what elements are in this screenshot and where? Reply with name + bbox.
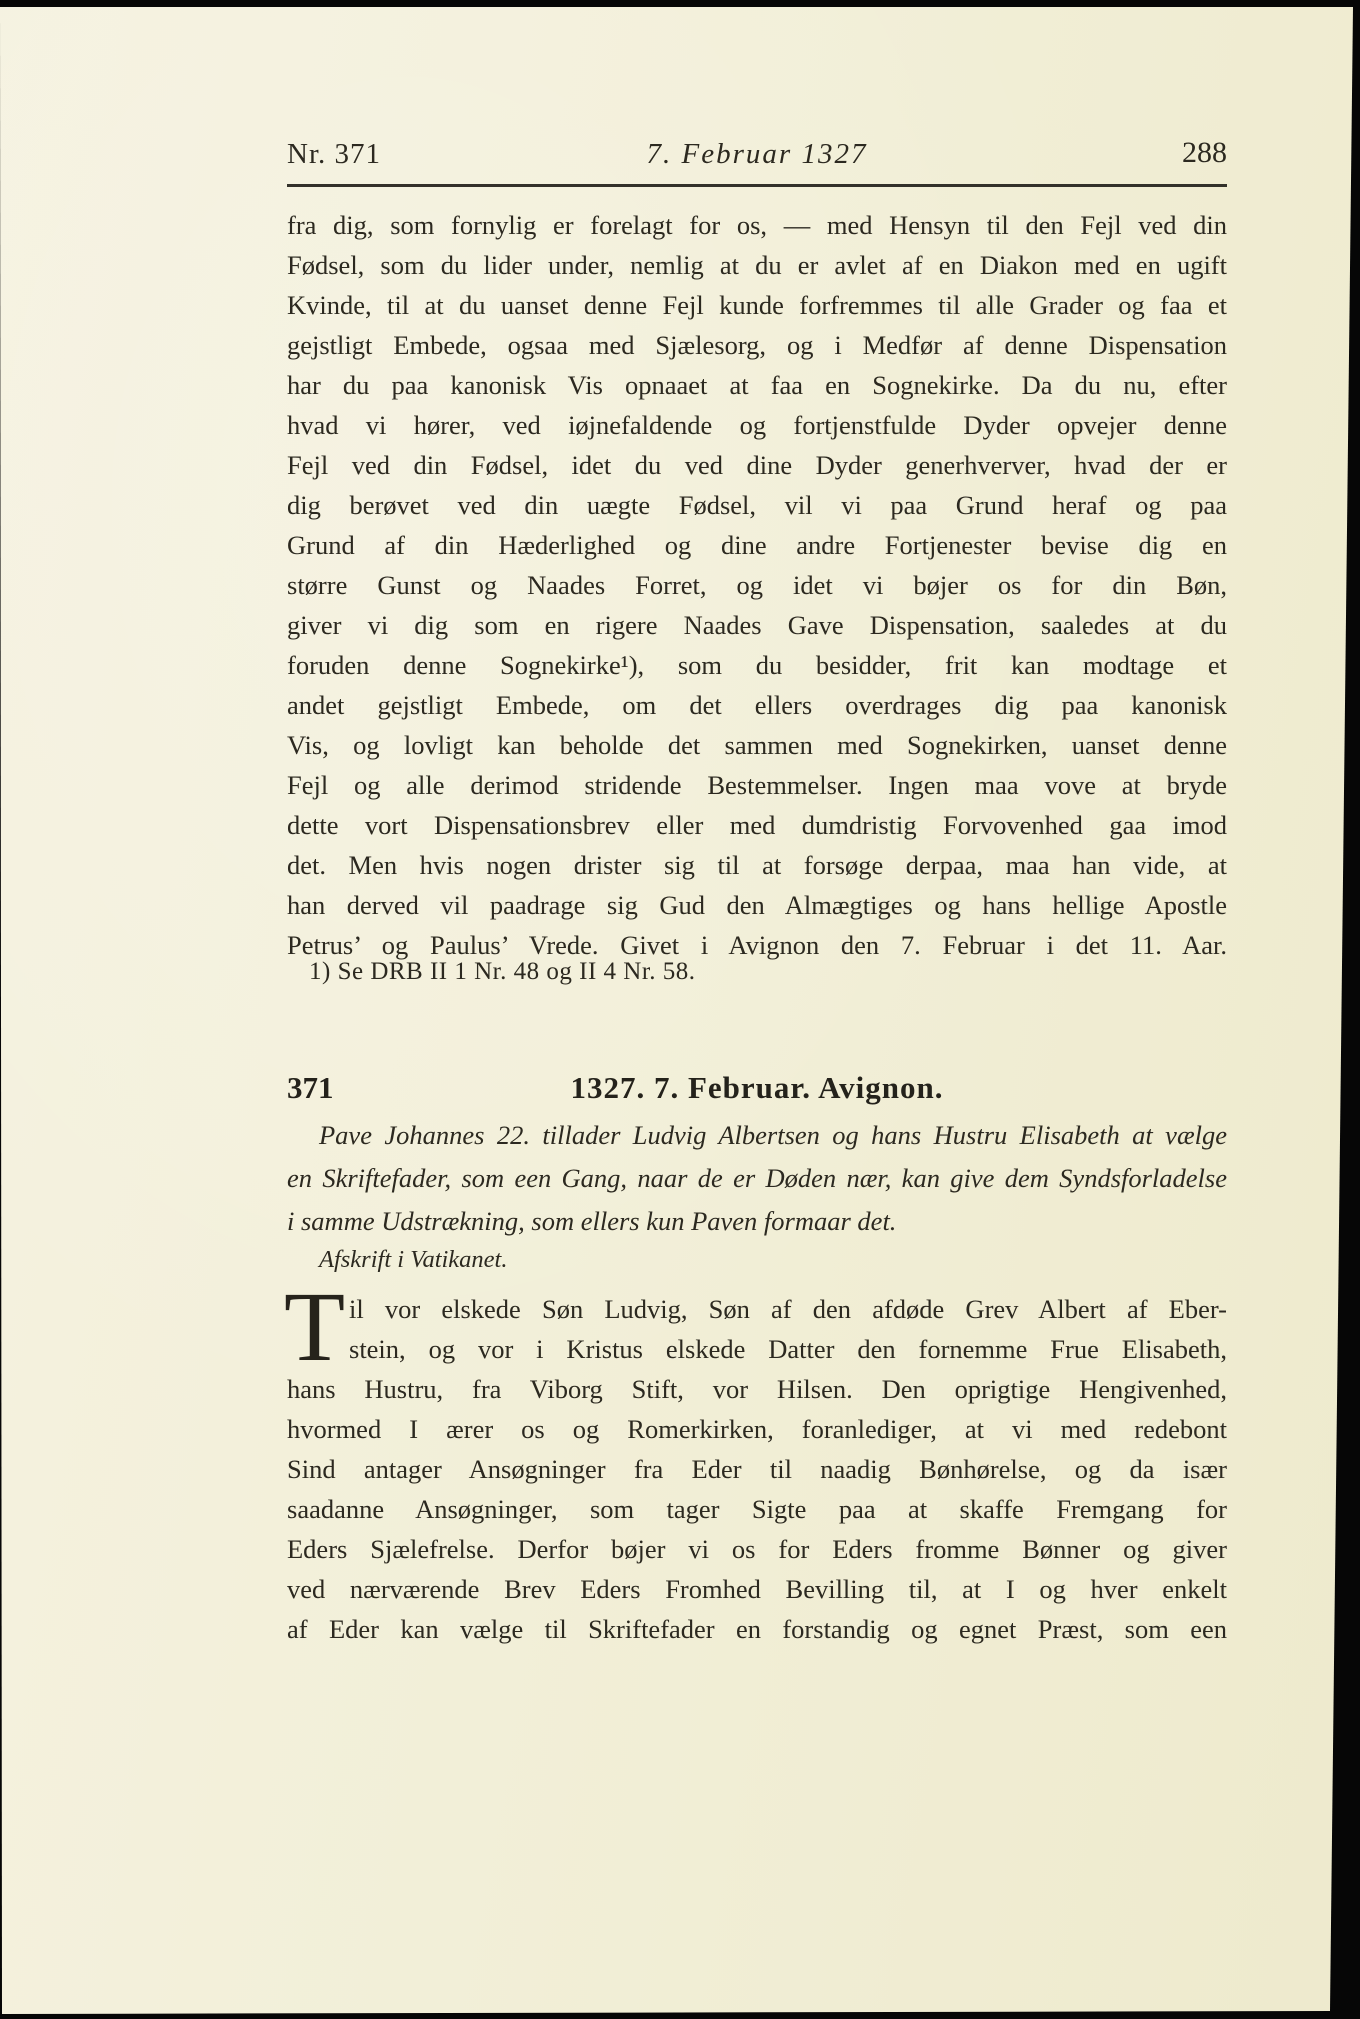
letter-continuation-text: fra dig, som fornylig er forelagt for os… <box>287 205 1227 965</box>
text-line: Vis, og lovligt kan beholde det sammen m… <box>287 725 1227 765</box>
text-line: Fødsel, som du lider under, nemlig at du… <box>287 245 1227 285</box>
text-line: Fejl og alle derimod stridende Bestemmel… <box>287 765 1227 805</box>
text-line: større Gunst og Naades Forret, og idet v… <box>287 565 1227 605</box>
header-date: 7. Februar 1327 <box>287 138 1227 171</box>
text-line: ved nærværende Brev Eders Fromhed Bevill… <box>287 1569 1227 1609</box>
drop-cap-initial: T <box>284 1277 345 1377</box>
page-header: Nr. 371 7. Februar 1327 288 <box>287 138 1227 178</box>
footnote: 1) Se DRB II 1 Nr. 48 og II 4 Nr. 58. <box>287 956 1249 988</box>
text-line: gejstligt Embede, ogsaa med Sjælesorg, o… <box>287 325 1227 365</box>
header-page-number: 288 <box>1182 136 1227 170</box>
text-line: hans Hustru, fra Viborg Stift, vor Hilse… <box>287 1369 1227 1409</box>
scanned-book-page: Nr. 371 7. Februar 1327 288 fra dig, som… <box>0 0 1360 2019</box>
entry-summary: Pave Johannes 22. tillader Ludvig Albert… <box>287 1114 1227 1243</box>
text-line: Kvinde, til at du uanset denne Fejl kund… <box>287 285 1227 325</box>
text-line: giver vi dig som en rigere Naades Gave D… <box>287 605 1227 645</box>
text-line: hvad vi hører, ved iøjnefaldende og fort… <box>287 405 1227 445</box>
entry-heading: 1327. 7. Februar. Avignon. <box>287 1070 1227 1106</box>
text-line: det. Men hvis nogen drister sig til at f… <box>287 845 1227 885</box>
text-line: andet gejstligt Embede, om det ellers ov… <box>287 685 1227 725</box>
text-line: har du paa kanonisk Vis opnaaet at faa e… <box>287 365 1227 405</box>
summary-line: en Skriftefader, som een Gang, naar de e… <box>287 1157 1227 1200</box>
text-line: dig berøvet ved din uægte Fødsel, vil vi… <box>287 485 1227 525</box>
text-line: foruden denne Sognekirke¹), som du besid… <box>287 645 1227 685</box>
text-line: hvormed I ærer os og Romerkirken, foranl… <box>287 1409 1227 1449</box>
entry-heading-row: 371 1327. 7. Februar. Avignon. <box>287 1070 1227 1112</box>
letter-body-text: T il vor elskede Søn Ludvig, Søn af den … <box>287 1289 1227 1649</box>
text-line: saadanne Ansøgninger, som tager Sigte pa… <box>287 1489 1227 1529</box>
summary-line: Pave Johannes 22. tillader Ludvig Albert… <box>287 1114 1227 1157</box>
text-line: Fejl ved din Fødsel, idet du ved dine Dy… <box>287 445 1227 485</box>
text-line: Sind antager Ansøgninger fra Eder til na… <box>287 1449 1227 1489</box>
text-line: Grund af din Hæderlighed og dine andre F… <box>287 525 1227 565</box>
text-line: af Eder kan vælge til Skriftefader en fo… <box>287 1609 1227 1649</box>
text-line: dette vort Dispensationsbrev eller med d… <box>287 805 1227 845</box>
text-line: il vor elskede Søn Ludvig, Søn af den af… <box>287 1289 1227 1329</box>
text-line: han derved vil paadrage sig Gud den Almæ… <box>287 885 1227 925</box>
summary-line: i samme Udstrækning, som ellers kun Pave… <box>287 1200 1227 1243</box>
header-rule <box>287 184 1227 187</box>
text-line: Eders Sjælefrelse. Derfor bøjer vi os fo… <box>287 1529 1227 1569</box>
text-line: fra dig, som fornylig er forelagt for os… <box>287 205 1227 245</box>
source-note: Afskrift i Vatikanet. <box>287 1244 1259 1276</box>
text-line: stein, og vor i Kristus elskede Datter d… <box>287 1329 1227 1369</box>
